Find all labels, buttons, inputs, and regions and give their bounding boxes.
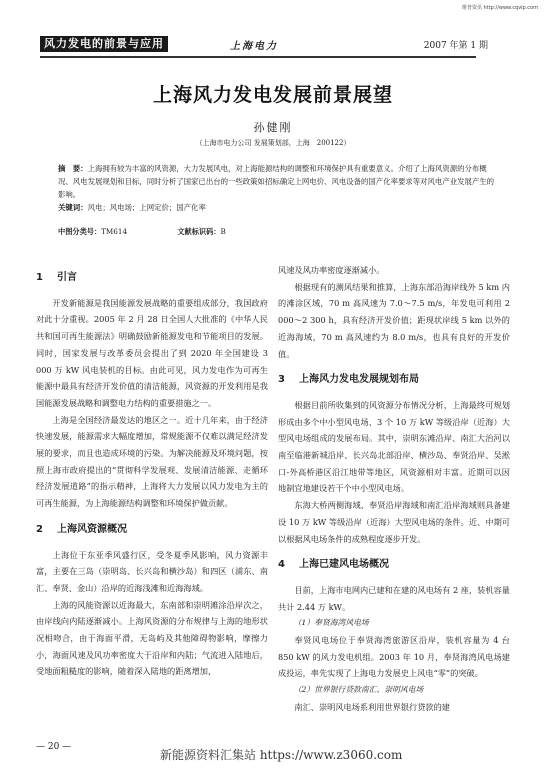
header-rule — [40, 56, 476, 58]
paragraph: 目前，上海市电网内已建和在建的风电场有 2 座，装机容量共计 2.44 万 kW… — [278, 582, 510, 615]
paragraph: 东海大桥两侧海域、奉贤沿岸海域和南汇沿岸海域则具备建设 10 万 kW 等级沿岸… — [278, 497, 510, 547]
clc-label: 中图分类号： — [58, 227, 101, 236]
affiliation: （上海市电力公司 发展策划部，上海 200122） — [0, 138, 546, 148]
paragraph: 上海位于东亚季风盛行区，受冬夏季风影响，风力资源丰富，主要在三岛（崇明岛、长兴岛… — [36, 547, 268, 597]
column-tag: 风力发电的前景与应用 — [40, 36, 168, 52]
section-heading-1: 1引言 — [36, 270, 268, 287]
keywords-label: 关键词： — [58, 203, 88, 212]
paragraph: 开发新能源是我国能源发展战略的重要组成部分，我国政府对此十分重视。2005 年 … — [36, 295, 268, 412]
paragraph: 根据现有的测风结果和推算，上海东部沿海岸线外 5 km 内的滩涂区域，70 m … — [278, 279, 510, 363]
abstract: 摘 要：上海拥有较为丰富的风资源，大力发展风电，对上海能源结构的调整和环境保护具… — [58, 162, 498, 214]
abstract-label: 摘 要： — [58, 164, 88, 173]
section-heading-3: 3上海风力发电发展规划布局 — [278, 372, 510, 389]
classification-meta: 中图分类号：TM614 文献标识码：B — [58, 227, 274, 237]
subheading: （2）世界银行贷款南汇、崇明风电场 — [278, 682, 510, 699]
abstract-text: 上海拥有较为丰富的风资源，大力发展风电，对上海能源结构的调整和环境保护具有重要意… — [58, 164, 494, 199]
journal-name: 上海电力 — [230, 37, 278, 52]
page-number: — 20 — — [36, 742, 71, 752]
paragraph: 奉贤风电场位于奉贤海湾旅游区沿岸，装机容量为 4 台 850 kW 的风力发电机… — [278, 632, 510, 682]
paragraph: 根据目前所收集到的风资源分布情况分析，上海最终可规划形成由多个中小型风电场、3 … — [278, 397, 510, 497]
doc-code-label: 文献标识码： — [177, 227, 220, 236]
paragraph: 上海是全国经济最发达的地区之一。近十几年来，由于经济快速发展，能源需求大幅度增加… — [36, 412, 268, 512]
doc-code-value: B — [220, 227, 225, 236]
site-watermark: 新能源资料汇集站 https://www.z3060.com — [160, 746, 402, 763]
running-header: 风力发电的前景与应用 上海电力 2007 年第 1 期 — [40, 36, 480, 52]
keywords: 风电；风电场；上网定价；国产化率 — [88, 203, 206, 212]
column-right: 风速及风功率密度逐渐减小。 根据现有的测风结果和推算，上海东部沿海岸线外 5 k… — [278, 262, 510, 716]
article-title: 上海风力发电发展前景展望 — [0, 80, 546, 107]
paragraph: 风速及风功率密度逐渐减小。 — [278, 262, 510, 279]
subheading: （1）奉贤海湾风电场 — [278, 615, 510, 632]
section-heading-2: 2上海风资源概况 — [36, 522, 268, 539]
section-heading-4: 4上海已建风电场概况 — [278, 557, 510, 574]
clc-value: TM614 — [101, 227, 127, 236]
paragraph: 南汇、崇明风电场系利用世界银行贷款的建 — [278, 699, 510, 716]
issue-label: 2007 年第 1 期 — [424, 38, 488, 51]
source-watermark: 维普资讯 http://www.cqvip.com — [462, 4, 538, 11]
column-left: 1引言 开发新能源是我国能源发展战略的重要组成部分，我国政府对此十分重视。200… — [36, 260, 268, 680]
author: 孙健刚 — [0, 119, 546, 135]
paragraph: 上海的风能资源以近海最大，东南部和崇明滩涂沿岸次之，由岸线向内陆逐渐减小。上海风… — [36, 597, 268, 681]
